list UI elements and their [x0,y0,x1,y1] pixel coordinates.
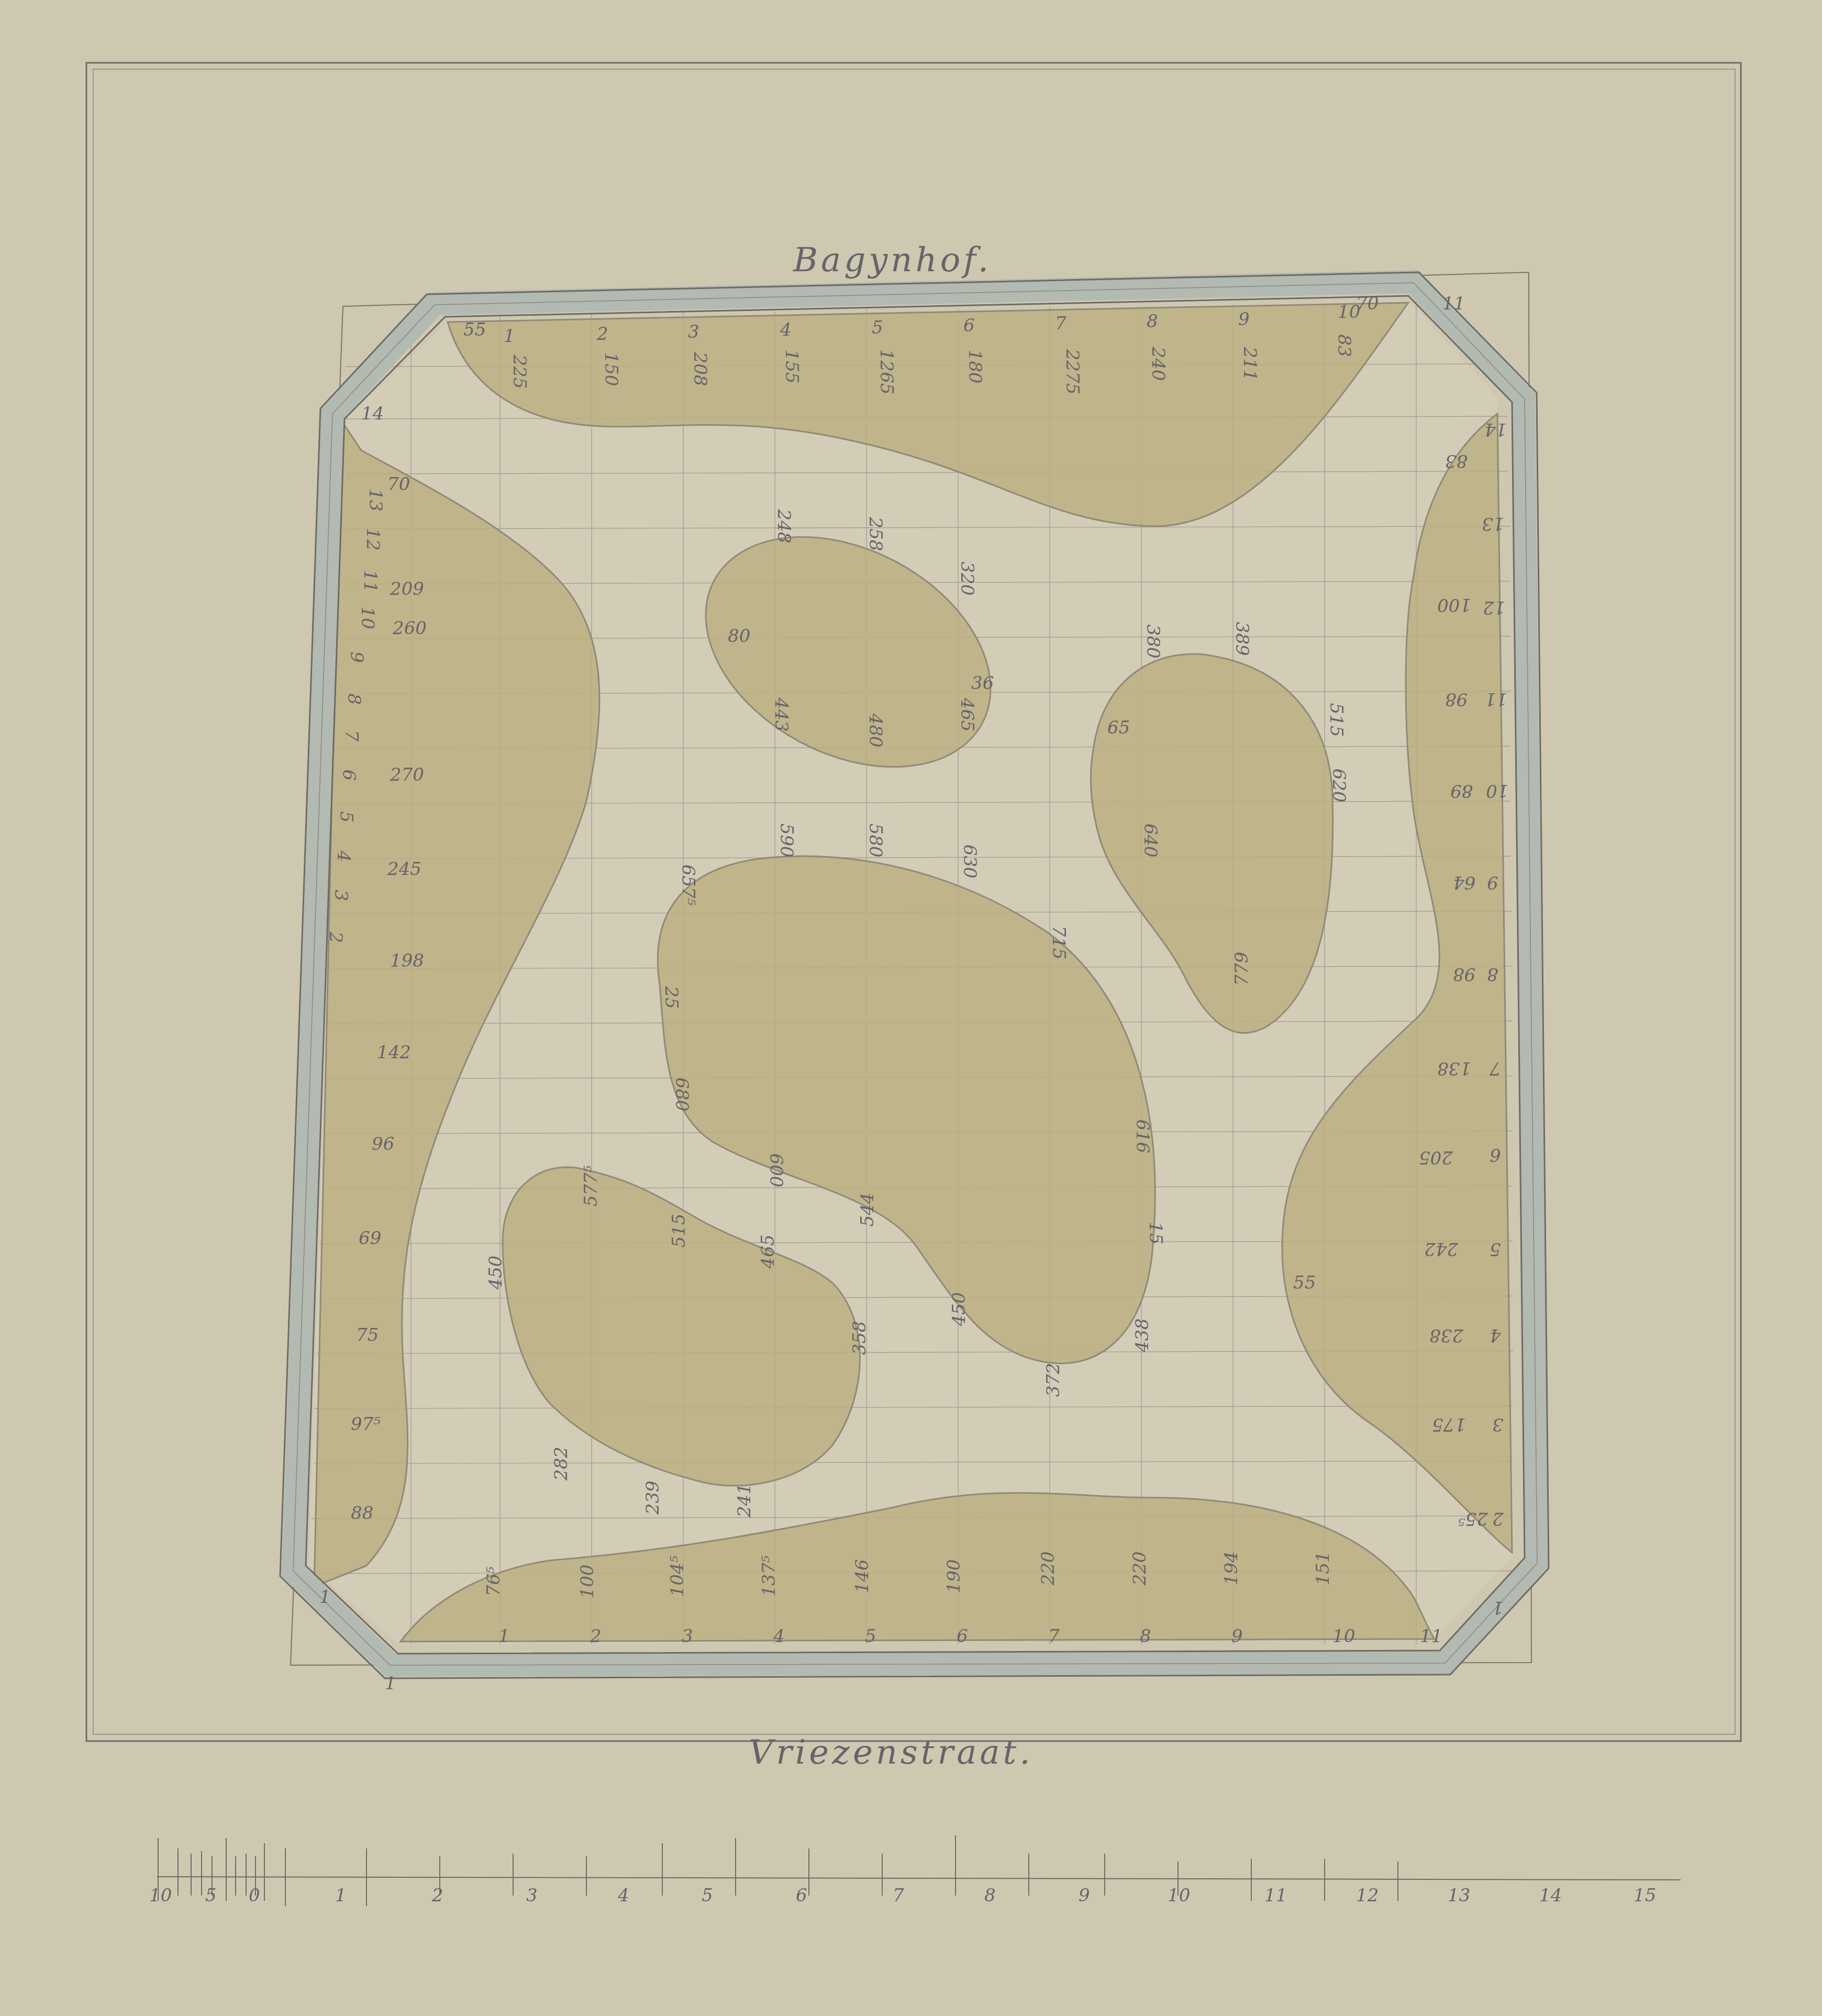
left-station: 14 [361,403,384,424]
bottom-station: 5 [865,1626,876,1647]
scale-label: 15 [1634,1885,1656,1906]
bed-label: 443 [771,698,792,732]
left-station: 9 [346,651,367,663]
left-station: 4 [333,850,354,862]
bottom-offset: 220 [1038,1552,1059,1586]
top-station: 6 [963,315,975,336]
left-offset: 209 [390,579,424,600]
bed-label: 580 [865,824,886,858]
left-offset: 142 [377,1042,411,1063]
right-offset: 25⁵ [1458,1508,1488,1529]
left-offset: 270 [390,765,424,785]
right-station: 10 [1486,780,1508,801]
left-offset: 198 [390,950,424,971]
bottom-station: 10 [1332,1626,1355,1647]
bed-label: 577⁵ [581,1166,602,1207]
right-offset: 242 [1424,1238,1458,1259]
bed-label: 465 [957,698,977,732]
scale-label: 13 [1448,1885,1470,1906]
scale-label: 6 [796,1885,807,1906]
left-offset: 96 [372,1134,394,1155]
bed-label: 515 [1326,703,1347,737]
bed-label: 640 [1140,824,1161,858]
drawing-sheet: Bagynhof. Vriezenstraat. 55 70 11 1 2 3 … [0,0,1822,2016]
bed-label: 465 [758,1235,779,1269]
bottom-offset: 146 [852,1559,873,1593]
top-offset: 1265 [876,349,897,395]
top-offset: 240 [1148,347,1169,381]
left-station: 5 [336,811,357,823]
right-station: 4 [1490,1325,1501,1346]
left-offset: 75 [356,1325,379,1346]
bed-label: 55 [1293,1272,1316,1293]
left-station: 8 [343,693,364,705]
top-offset: 2275 [1062,349,1083,395]
bed-label: 36 [971,673,994,694]
bed-label: 25 [661,986,682,1009]
bed-label: 544 [857,1193,878,1227]
scale-label: 10 [1168,1885,1190,1906]
left-station: 7 [341,730,362,741]
top-offset: 180 [964,350,985,384]
scale-label: 0 [249,1885,260,1906]
right-offset: 205 [1419,1147,1453,1168]
bed-label: 620 [1328,769,1349,803]
bed-label: 616 [1132,1120,1153,1154]
top-offset: 225 [509,355,530,389]
bottom-offset: 194 [1221,1552,1242,1586]
bed-label: 65 [1107,717,1130,738]
right-station: 5 [1490,1238,1501,1259]
left-station: 12 [362,528,383,550]
bottom-station: 11 [1420,1626,1442,1647]
right-offset: 89 [1450,780,1473,801]
right-station: 9 [1487,872,1498,893]
right-station: 8 [1487,963,1498,984]
top-station: 7 [1055,313,1066,334]
bottom-offset: 76⁵ [483,1567,504,1597]
left-station: 6 [338,769,359,781]
bed-label: 15 [1145,1222,1166,1244]
scale-label: 4 [618,1885,629,1906]
scale-label: 9 [1079,1885,1090,1906]
scale-label: 11 [1264,1885,1287,1906]
bed-label: 657⁵ [677,865,698,906]
right-station: 14 [1484,419,1507,440]
top-station: 3 [688,322,699,342]
bottom-station: 9 [1231,1626,1243,1647]
scale-label: 10 [149,1885,172,1906]
top-station: 1 [504,326,515,347]
top-station: 8 [1147,311,1158,332]
left-station: 10 [357,606,378,629]
bed-label: 715 [1048,926,1069,960]
bottom-offset: 104⁵ [667,1556,688,1597]
garden-plan-drawing [0,0,1822,2016]
bed-label: 380 [1142,625,1163,659]
bed-label: 282 [551,1447,572,1481]
bottom-offset: 220 [1129,1552,1150,1586]
scale-label: 1 [335,1885,347,1906]
left-station: 3 [330,890,351,901]
right-station: 6 [1490,1144,1501,1165]
right-offset: 175 [1432,1414,1466,1435]
left-station: 11 [360,570,381,592]
right-offset: 98 [1445,689,1468,710]
left-offset: 245 [387,859,421,880]
left-offset: 97⁵ [351,1414,381,1435]
bottom-station: 1 [498,1626,510,1647]
bed-label: 630 [959,845,980,879]
bed-label: 239 [642,1481,663,1515]
bed-label: 258 [865,517,886,551]
top-station: 9 [1238,309,1250,330]
bed-label: 358 [849,1321,870,1355]
bottom-offset: 137⁵ [759,1556,780,1597]
top-street-label: Bagynhof. [793,241,992,280]
scale-label: 5 [702,1885,713,1906]
top-offset: 155 [781,350,802,384]
right-offset: 100 [1437,594,1471,615]
scale-label: 12 [1356,1885,1379,1906]
bed-label: 680 [671,1078,692,1112]
top-station: 10 [1338,302,1360,323]
scale-label: 8 [984,1885,996,1906]
bed-label: 80 [728,626,750,647]
scale-label: 5 [205,1885,217,1906]
right-station: 13 [1482,513,1504,534]
bottom-station: 4 [773,1626,785,1647]
right-offset: 98 [1453,963,1475,984]
bed-label: 590 [776,824,797,858]
top-station-11: 11 [1442,293,1465,314]
bed-label: 450 [949,1292,970,1326]
top-station: 2 [597,324,608,345]
right-station: 3 [1492,1414,1504,1435]
right-offset: 138 [1437,1058,1471,1079]
right-station: 7 [1490,1058,1501,1079]
right-offset: 64 [1453,872,1475,893]
top-offset: 211 [1239,347,1260,381]
left-station: 13 [365,489,386,511]
bed-label: 248 [773,509,794,544]
bottom-station: 6 [957,1626,968,1647]
left-offset: 260 [393,618,427,639]
bed-label: 600 [765,1154,786,1188]
bottom-street-label: Vriezenstraat. [749,1733,1034,1772]
right-station: 12 [1483,597,1505,618]
bed-label: 320 [957,562,977,596]
right-station: 2 [1492,1508,1504,1529]
bed-label: 450 [485,1256,506,1290]
top-station: 5 [872,317,883,338]
bed-label: 480 [865,714,886,748]
top-corner-offset: 55 [463,319,486,340]
right-offset: 238 [1429,1325,1463,1346]
right-offset: 83 [1445,450,1468,471]
bottom-station: 8 [1140,1626,1151,1647]
bottom-offset: 190 [943,1559,964,1593]
bottom-station: 2 [590,1626,602,1647]
top-offset: 150 [601,352,621,386]
bottom-offset: 151 [1313,1552,1334,1586]
scale-label: 3 [526,1885,538,1906]
scale-label: 2 [432,1885,443,1906]
bottom-station: 3 [682,1626,693,1647]
scale-label: 14 [1539,1885,1562,1906]
left-offset: 69 [359,1228,381,1249]
bed-label: 389 [1231,622,1252,656]
left-station: 2 [325,932,346,943]
bed-label: 438 [1132,1319,1153,1353]
bed-label: 372 [1043,1363,1064,1397]
top-offset: 83 [1334,334,1354,357]
bottom-station: 7 [1048,1626,1060,1647]
scale-label: 7 [893,1885,904,1906]
bottom-offset: 100 [577,1565,598,1599]
left-station: 1 [319,1587,331,1608]
bed-label: 779 [1231,952,1252,986]
right-station: 1 [1492,1597,1504,1618]
bottom-corner-left: 1 [385,1673,396,1694]
bed-label: 241 [734,1483,755,1517]
left-offset: 88 [351,1503,373,1524]
top-station: 4 [780,319,792,340]
bed-label: 515 [669,1214,690,1248]
right-station: 11 [1485,689,1507,710]
top-offset: 208 [690,352,710,386]
left-offset: 70 [387,474,410,495]
